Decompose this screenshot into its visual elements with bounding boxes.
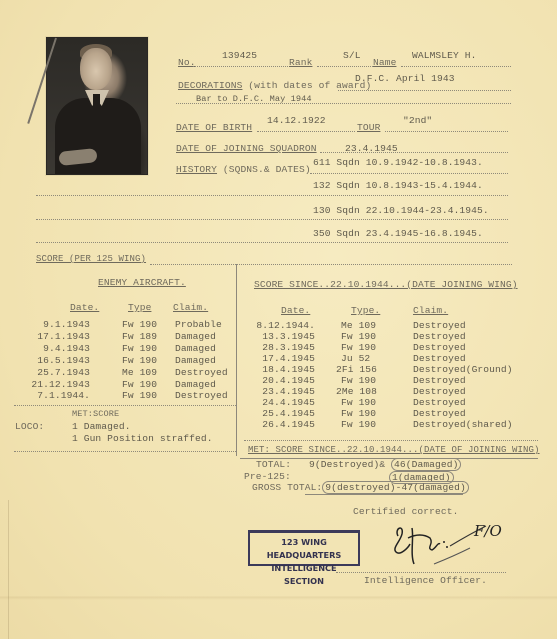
claim-result: Damaged <box>175 343 216 354</box>
dotted-rule <box>150 264 512 265</box>
met-score-since-line: MET: SCORE SINCE..22.10.1944...(DATE OF … <box>248 445 540 455</box>
claim-date: 9.4.1943 <box>30 343 90 354</box>
claim-date: 8.12.1944. <box>255 320 315 331</box>
column-divider <box>236 264 237 456</box>
claim-type: Fw 190 <box>122 319 157 330</box>
name-label: Name <box>373 57 396 68</box>
service-number: 139425 <box>222 50 257 61</box>
stamp-line-2: INTELLIGENCE SECTION <box>250 562 358 588</box>
claim-date: 20.4.1945 <box>255 375 315 386</box>
rank-value: S/L <box>343 50 361 61</box>
joining-label: DATE OF JOINING SQUADRON <box>176 143 317 154</box>
claim-date: 9.1.1943 <box>30 319 90 330</box>
col-claim: Claim. <box>173 302 208 313</box>
claim-date: 16.5.1943 <box>30 355 90 366</box>
claim-result: Destroyed <box>413 320 466 331</box>
decoration-bar: Bar to D.F.C. May 1944 <box>196 94 312 104</box>
gross-total-line: GROSS TOTAL:9(destroyed)-47(damaged) <box>252 482 469 493</box>
dotted-rule <box>36 195 508 196</box>
dotted-rule <box>14 451 236 452</box>
photo-background-line <box>27 38 57 124</box>
claim-result: Destroyed(shared) <box>413 419 513 430</box>
score-since-title: SCORE SINCE..22.10.1944...(DATE JOINING … <box>254 279 518 290</box>
history-entry: 132 Sqdn 10.8.1943-15.4.1944. <box>313 180 483 191</box>
claim-result: Destroyed <box>175 390 228 401</box>
claim-date: 25.4.1945 <box>255 408 315 419</box>
history-entry: 350 Sqdn 23.4.1945-16.8.1945. <box>313 228 483 239</box>
name-value: WALMSLEY H. <box>412 50 476 61</box>
claim-result: Destroyed <box>413 342 466 353</box>
pre125-label: Pre-125: <box>244 471 291 482</box>
claim-type: Fw 190 <box>341 397 376 408</box>
intelligence-section-stamp: 123 WING HEADQUARTERS INTELLIGENCE SECTI… <box>248 530 360 566</box>
loco-entry: 1 Damaged. <box>72 421 131 432</box>
pilot-portrait-photo <box>46 37 148 175</box>
dotted-rule <box>317 66 373 67</box>
stamp-line-1: 123 WING HEADQUARTERS <box>250 536 358 562</box>
col-type: Type. <box>351 305 380 316</box>
score-label: SCORE (PER 125 WING) <box>36 254 146 264</box>
dotted-rule <box>193 66 288 67</box>
claim-result: Damaged <box>175 379 216 390</box>
claim-date: 7.1.1944. <box>30 390 90 401</box>
tour-value: "2nd" <box>403 115 432 126</box>
claim-date: 24.4.1945 <box>255 397 315 408</box>
claim-type: Fw 189 <box>122 331 157 342</box>
total-destroyed: 9(Destroyed) <box>309 459 379 470</box>
photo-tie <box>93 94 100 116</box>
combat-record-document: No. 139425 Rank S/L Name WALMSLEY H. DEC… <box>0 0 557 639</box>
claim-result: Probable <box>175 319 222 330</box>
claim-date: 17.1.1943 <box>30 331 90 342</box>
history-label: HISTORY <box>176 164 217 175</box>
decorations-label: DECORATIONS <box>178 80 242 91</box>
claim-result: Destroyed <box>413 353 466 364</box>
claim-type: Fw 190 <box>122 343 157 354</box>
col-type: Type <box>128 302 151 313</box>
enemy-aircraft-title: ENEMY AIRCRAFT. <box>98 277 186 288</box>
history-entry: 130 Sqdn 22.10.1944-23.4.1945. <box>313 205 489 216</box>
claim-result: Destroyed <box>413 408 466 419</box>
decoration-dfc: D.F.C. April 1943 <box>355 73 455 84</box>
dotted-rule <box>401 66 511 67</box>
col-claim: Claim. <box>413 305 448 316</box>
met-score-label: MET:SCORE <box>72 409 119 419</box>
claim-date: 25.7.1943 <box>30 367 90 378</box>
dotted-rule <box>36 219 508 220</box>
paper-fold <box>8 500 9 639</box>
claim-type: Me 109 <box>122 367 157 378</box>
dotted-rule <box>14 405 236 406</box>
total-label: TOTAL: <box>256 459 291 470</box>
claim-result: Damaged <box>175 331 216 342</box>
col-date: Date. <box>281 305 310 316</box>
claim-result: Destroyed <box>175 367 228 378</box>
claim-type: 2Fi 156 <box>336 364 377 375</box>
history-note: (SQDNS.& DATES) <box>223 164 311 175</box>
claim-type: Fw 190 <box>122 355 157 366</box>
claim-type: Fw 190 <box>341 342 376 353</box>
dotted-rule <box>385 131 508 132</box>
claim-type: Fw 190 <box>122 390 157 401</box>
claim-result: Destroyed(Ground) <box>413 364 513 375</box>
total-line: TOTAL: 9(Destroyed)& 46(Damaged) <box>256 459 461 470</box>
signature-line <box>336 572 506 573</box>
claim-type: 2Me 108 <box>336 386 377 397</box>
history-entry: 611 Sqdn 10.9.1942-10.8.1943. <box>313 157 483 168</box>
claim-date: 28.3.1945 <box>255 342 315 353</box>
claim-date: 17.4.1945 <box>255 353 315 364</box>
photo-face <box>80 48 112 90</box>
dotted-rule <box>338 90 511 91</box>
total-ampersand: & <box>379 459 385 470</box>
claim-type: Fw 190 <box>341 331 376 342</box>
claim-type: Fw 190 <box>341 408 376 419</box>
col-date: Date. <box>70 302 99 313</box>
joining-value: 23.4.1945 <box>345 143 398 154</box>
loco-entry: 1 Gun Position straffed. <box>72 433 213 444</box>
rule-line <box>305 494 463 495</box>
rank-label: Rank <box>289 57 312 68</box>
claim-type: Ju 52 <box>341 353 370 364</box>
claim-result: Destroyed <box>413 386 466 397</box>
certified-correct-text: Certified correct. <box>353 506 458 517</box>
claim-date: 26.4.1945 <box>255 419 315 430</box>
claim-date: 18.4.1945 <box>255 364 315 375</box>
claim-type: Fw 190 <box>341 375 376 386</box>
claim-type: Me 109 <box>341 320 376 331</box>
dob-label: DATE OF BIRTH <box>176 122 252 133</box>
dotted-rule <box>310 173 508 174</box>
claim-date: 13.3.1945 <box>255 331 315 342</box>
gross-total-value: 9(destroyed)-47(damaged) <box>322 481 469 494</box>
history-field: HISTORY (SQDNS.& DATES) <box>176 164 311 175</box>
claim-date: 21.12.1943 <box>30 379 90 390</box>
gross-total-label: GROSS TOTAL: <box>252 482 322 493</box>
claim-type: Fw 190 <box>122 379 157 390</box>
claim-result: Destroyed <box>413 375 466 386</box>
claim-result: Destroyed <box>413 397 466 408</box>
dotted-rule <box>36 242 508 243</box>
intelligence-officer-title: Intelligence Officer. <box>364 575 487 586</box>
claim-result: Destroyed <box>413 331 466 342</box>
total-damaged: 46(Damaged) <box>391 458 461 471</box>
signature-rank: F/O <box>474 522 502 540</box>
loco-label: LOCO: <box>15 421 44 432</box>
tour-label: TOUR <box>357 122 380 133</box>
dotted-rule <box>244 440 538 441</box>
dob-value: 14.12.1922 <box>267 115 326 126</box>
claim-type: Fw 190 <box>341 419 376 430</box>
claim-result: Damaged <box>175 355 216 366</box>
claim-date: 23.4.1945 <box>255 386 315 397</box>
dotted-rule <box>257 131 355 132</box>
